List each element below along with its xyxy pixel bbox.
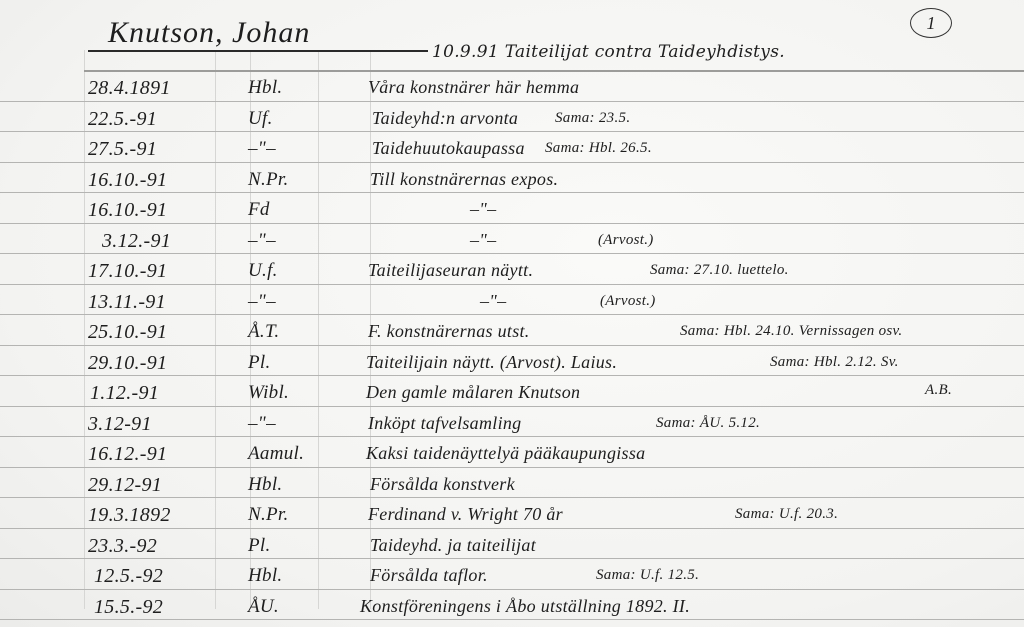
column-rule [215,50,216,609]
entry-title: –"– [470,200,496,218]
page-number: 1 [910,8,952,38]
entry-source: –"– [248,292,276,311]
entry-note: A.B. [925,383,952,398]
entry-date: 28.4.1891 [88,78,171,98]
column-rule [84,50,85,609]
entry-source: Aamul. [248,444,304,463]
entry-date: 16.10.-91 [88,200,167,220]
column-rule [318,50,319,609]
entry-date: 13.11.-91 [88,292,166,312]
ruled-line [0,223,1024,224]
entry-source: –"– [248,231,276,250]
ruled-line [0,528,1024,529]
ruled-line [0,345,1024,346]
entry-source: N.Pr. [248,505,289,524]
entry-date: 29.12-91 [88,475,162,495]
entry-source: N.Pr. [248,170,289,189]
entry-title: Taiteilijain näytt. (Arvost). Laius. [366,353,617,371]
ruled-line [0,497,1024,498]
entry-note: Sama: Hbl. 2.12. Sv. [770,355,899,370]
heading-note: 10.9.91 Taiteilijat contra Taideyhdistys… [432,44,785,61]
ruled-line [0,406,1024,407]
entry-source: Pl. [248,353,271,372]
entry-title: Taidehuutokaupassa [372,139,525,157]
entry-note: Sama: Hbl. 24.10. Vernissagen osv. [680,324,902,339]
entry-date: 1.12.-91 [90,383,159,403]
entry-date: 19.3.1892 [88,505,171,525]
entry-title: –"– [470,231,496,249]
entry-note: Sama: 23.5. [555,111,630,126]
entry-note: (Arvost.) [598,233,654,248]
entry-title: Försålda konstverk [370,475,515,493]
ruled-line [0,314,1024,315]
entry-source: –"– [248,414,276,433]
entry-note: Sama: 27.10. luettelo. [650,263,789,278]
entry-source: Uf. [248,109,273,128]
name-underline [88,50,428,52]
header-rule [84,70,1024,72]
entry-date: 15.5.-92 [94,597,163,617]
ruled-line [0,467,1024,468]
entry-title: Ferdinand v. Wright 70 år [368,505,563,523]
entry-note: Sama: ÅU. 5.12. [656,416,760,431]
entry-title: Taiteilijaseuran näytt. [368,261,533,279]
entry-note: Sama: Hbl. 26.5. [545,141,652,156]
entry-source: Hbl. [248,566,282,585]
entry-source: U.f. [248,261,278,280]
entry-title: F. konstnärernas utst. [368,322,530,340]
ruled-line [0,558,1024,559]
entry-source: Hbl. [248,475,282,494]
card-name: Knutson, Johan [108,18,310,48]
ruled-line [0,284,1024,285]
ruled-line [0,619,1024,620]
entry-source: Pl. [248,536,271,555]
entry-date: 3.12.-91 [102,231,171,251]
entry-date: 22.5.-91 [88,109,157,129]
entry-title: Konstföreningens i Åbo utställning 1892.… [360,597,690,615]
entry-title: Taideyhd:n arvonta [372,109,518,127]
entry-note: Sama: U.f. 12.5. [596,568,699,583]
entry-date: 16.12.-91 [88,444,167,464]
entry-date: 23.3.-92 [88,536,157,556]
entry-title: Kaksi taidenäyttelyä pääkaupungissa [366,444,645,462]
entry-title: Den gamle målaren Knutson [366,383,580,401]
ruled-line [0,589,1024,590]
ruled-line [0,131,1024,132]
entry-title: Inköpt tafvelsamling [368,414,521,432]
entry-title: Våra konstnärer här hemma [368,78,579,96]
ruled-line [0,375,1024,376]
index-card: Knutson, Johan 10.9.91 Taiteilijat contr… [0,0,1024,627]
ruled-line [0,162,1024,163]
entry-date: 16.10.-91 [88,170,167,190]
entry-date: 12.5.-92 [94,566,163,586]
entry-title: –"– [480,292,506,310]
entry-source: Fd [248,200,270,219]
entry-title: Försålda taflor. [370,566,488,584]
entry-source: ÅU. [248,597,279,616]
entry-source: –"– [248,139,276,158]
entry-date: 3.12-91 [88,414,152,434]
entry-source: Å.T. [248,322,279,341]
entry-source: Hbl. [248,78,282,97]
entry-date: 17.10.-91 [88,261,167,281]
ruled-line [0,436,1024,437]
entry-title: Till konstnärernas expos. [370,170,558,188]
entry-title: Taideyhd. ja taiteilijat [370,536,536,554]
ruled-line [0,192,1024,193]
entry-note: Sama: U.f. 20.3. [735,507,838,522]
entry-date: 29.10.-91 [88,353,167,373]
ruled-line [0,101,1024,102]
entry-date: 27.5.-91 [88,139,157,159]
entry-note: (Arvost.) [600,294,656,309]
entry-date: 25.10.-91 [88,322,167,342]
ruled-line [0,253,1024,254]
entry-source: Wibl. [248,383,289,402]
